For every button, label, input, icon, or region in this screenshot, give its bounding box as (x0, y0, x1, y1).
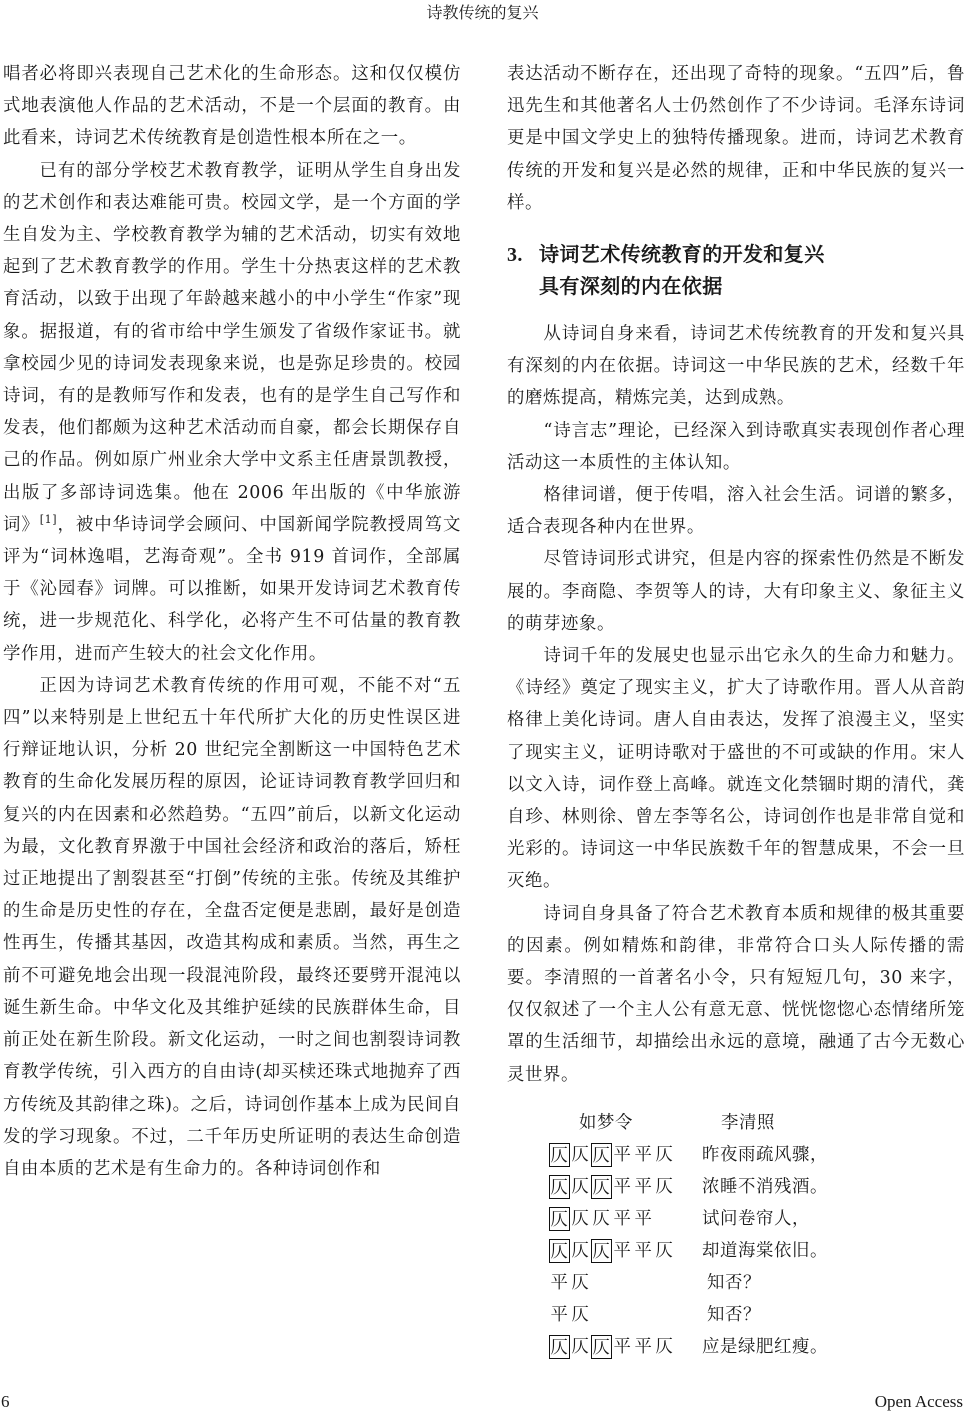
tone-char: 平 (633, 1239, 654, 1263)
poem-title: 如梦令 (507, 1107, 721, 1139)
tone-char-boxed: 仄 (549, 1143, 570, 1167)
tone-char: 平 (612, 1335, 633, 1359)
paragraph: 从诗词自身来看，诗词艺术传统教育的开发和复兴具有深刻的内在依据。诗词这一中华民族… (507, 318, 965, 415)
tone-char: 仄 (654, 1239, 675, 1263)
tone-char-boxed: 仄 (549, 1335, 570, 1359)
tone-char-boxed: 仄 (549, 1239, 570, 1263)
tone-char: 平 (633, 1175, 654, 1199)
tone-char: 仄 (654, 1175, 675, 1199)
tone-char: 仄 (570, 1175, 591, 1199)
tone-char: 平 (612, 1143, 633, 1167)
tone-char: 平 (549, 1271, 570, 1295)
paragraph: 尽管诗词形式讲究，但是内容的探索性仍然是不断发展的。李商隐、李贺等人的诗，大有印… (507, 543, 965, 640)
tone-char: 平 (612, 1239, 633, 1263)
tone-char: 仄 (570, 1335, 591, 1359)
tone-pattern: 平仄 (507, 1303, 702, 1327)
paragraph: 唱者必将即兴表现自己艺术化的生命形态。这和仅仅模仿式地表演他人作品的艺术活动，不… (3, 58, 461, 155)
paragraph: 格律词谱，便于传唱，溶入社会生活。词谱的繁多，适合表现各种内在世界。 (507, 479, 965, 543)
poem-line: 平仄知否？ (507, 1299, 965, 1331)
tone-char-boxed: 仄 (549, 1207, 570, 1231)
tone-char: 仄 (654, 1143, 675, 1167)
poem-verse: 昨夜雨疏风骤， (702, 1139, 828, 1171)
journal-tag: Open Access (875, 1392, 963, 1412)
tone-char-boxed: 仄 (549, 1175, 570, 1199)
poem-author: 李清照 (721, 1107, 775, 1139)
tone-char: 仄 (570, 1143, 591, 1167)
tone-char: 平 (612, 1207, 633, 1231)
tone-char: 仄 (570, 1207, 591, 1231)
poem-line: 仄仄仄平平仄应是绿肥红瘦。 (507, 1331, 965, 1363)
poem-block: 如梦令 李清照 仄仄仄平平仄昨夜雨疏风骤，仄仄仄平平仄浓睡不消残酒。仄仄仄平平试… (507, 1107, 965, 1363)
section-title-line2: 具有深刻的内在依据 (507, 271, 965, 302)
tone-char-boxed: 仄 (591, 1143, 612, 1167)
running-title: 诗教传统的复兴 (0, 2, 965, 24)
poem-line: 仄仄仄平平仄浓睡不消残酒。 (507, 1171, 965, 1203)
paragraph: 正因为诗词艺术教育传统的作用可观，不能不对“五四”以来特别是上世纪五十年代所扩大… (3, 670, 461, 1185)
tone-char: 平 (633, 1335, 654, 1359)
paragraph: 诗词千年的发展史也显示出它永久的生命力和魅力。《诗经》奠定了现实主义，扩大了诗歌… (507, 640, 965, 898)
tone-char: 平 (633, 1207, 654, 1231)
tone-char: 仄 (570, 1271, 591, 1295)
paragraph-text: ，被中华诗词学会顾问、中国新闻学院教授周笃文评为“词林逸唱，艺海奇观”。全书 9… (3, 515, 461, 664)
citation-ref[interactable]: [1] (40, 513, 57, 526)
tone-char: 仄 (591, 1207, 612, 1231)
section-title-line1: 诗词艺术传统教育的开发和复兴 (539, 242, 825, 266)
poem-header: 如梦令 李清照 (507, 1107, 965, 1139)
poem-verse: 试问卷帘人， (702, 1203, 810, 1235)
tone-pattern: 仄仄仄平平仄 (507, 1143, 702, 1167)
tone-char: 仄 (654, 1335, 675, 1359)
poem-verse: 却道海棠依旧。 (702, 1235, 828, 1267)
paragraph: 诗词自身具备了符合艺术教育本质和规律的极其重要的因素。例如精炼和韵律，非常符合口… (507, 898, 965, 1091)
right-column: 表达活动不断存在，还出现了奇特的现象。“五四”后，鲁迅先生和其他著名人士仍然创作… (507, 58, 965, 1363)
tone-pattern: 仄仄仄平平仄 (507, 1239, 702, 1263)
poem-line: 平仄知否？ (507, 1267, 965, 1299)
paragraph: “诗言志”理论，已经深入到诗歌真实表现创作者心理活动这一本质性的主体认知。 (507, 415, 965, 479)
tone-char: 平 (612, 1175, 633, 1199)
section-number: 3. (507, 240, 539, 271)
tone-char: 平 (549, 1303, 570, 1327)
page-footer: 6 Open Access (0, 1392, 965, 1414)
poem-line: 仄仄仄平平仄昨夜雨疏风骤， (507, 1139, 965, 1171)
paragraph: 已有的部分学校艺术教育教学，证明从学生自身出发的艺术创作和表达难能可贵。校园文学… (3, 155, 461, 670)
tone-char-boxed: 仄 (591, 1239, 612, 1263)
poem-verse: 知否？ (702, 1299, 761, 1331)
tone-pattern: 平仄 (507, 1271, 702, 1295)
poem-verse: 知否？ (702, 1267, 761, 1299)
tone-char-boxed: 仄 (591, 1335, 612, 1359)
poem-lines: 仄仄仄平平仄昨夜雨疏风骤，仄仄仄平平仄浓睡不消残酒。仄仄仄平平试问卷帘人，仄仄仄… (507, 1139, 965, 1363)
section-heading: 3.诗词艺术传统教育的开发和复兴 具有深刻的内在依据 (507, 239, 965, 302)
tone-char-boxed: 仄 (591, 1175, 612, 1199)
page-number: 6 (1, 1392, 10, 1412)
paragraph-continuation: 表达活动不断存在，还出现了奇特的现象。“五四”后，鲁迅先生和其他著名人士仍然创作… (507, 58, 965, 219)
tone-pattern: 仄仄仄平平仄 (507, 1175, 702, 1199)
tone-char: 平 (633, 1143, 654, 1167)
tone-pattern: 仄仄仄平平仄 (507, 1335, 702, 1359)
tone-char: 仄 (570, 1303, 591, 1327)
left-column: 唱者必将即兴表现自己艺术化的生命形态。这和仅仅模仿式地表演他人作品的艺术活动，不… (3, 58, 461, 1185)
poem-line: 仄仄仄平平试问卷帘人， (507, 1203, 965, 1235)
tone-pattern: 仄仄仄平平 (507, 1207, 702, 1231)
poem-verse: 浓睡不消残酒。 (702, 1171, 828, 1203)
paragraph-text: 已有的部分学校艺术教育教学，证明从学生自身出发的艺术创作和表达难能可贵。校园文学… (3, 161, 461, 535)
poem-verse: 应是绿肥红瘦。 (702, 1331, 828, 1363)
tone-char: 仄 (570, 1239, 591, 1263)
poem-line: 仄仄仄平平仄却道海棠依旧。 (507, 1235, 965, 1267)
